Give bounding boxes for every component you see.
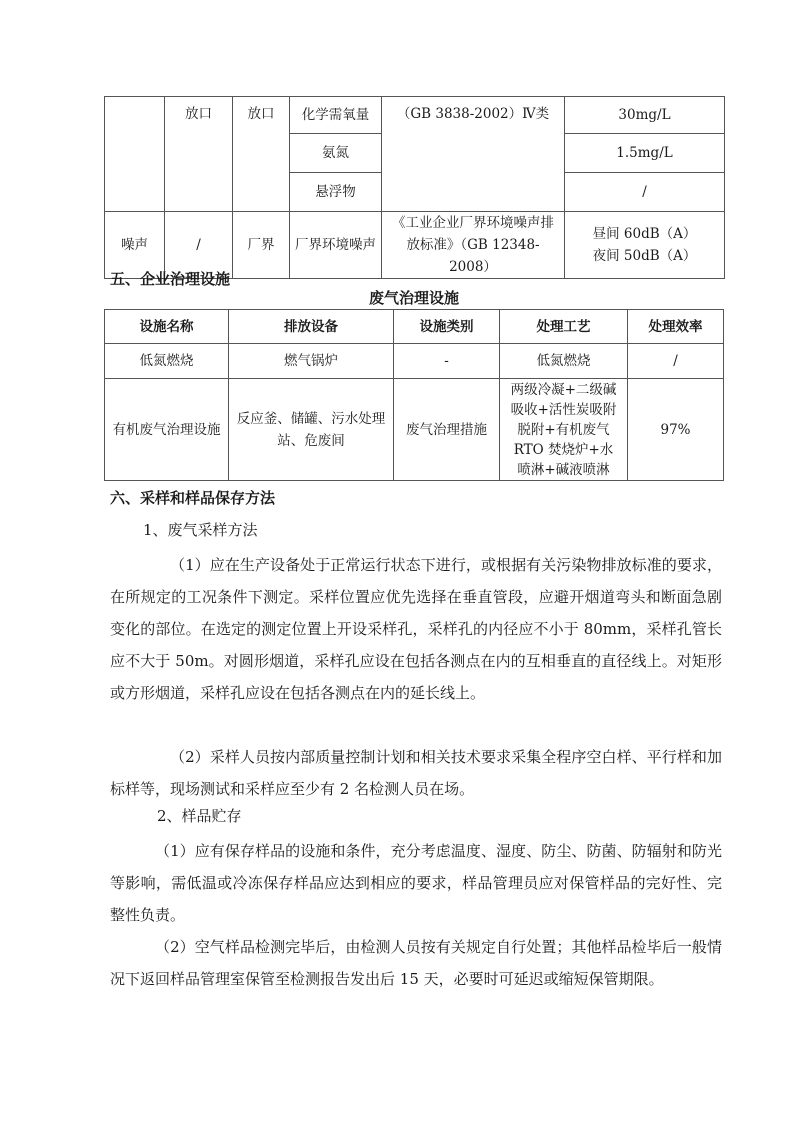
column-header: 设施类别 — [394, 310, 500, 344]
table-cell: 放口 — [233, 97, 290, 212]
table-cell — [105, 97, 165, 212]
paragraph: （2）采样人员按内部质量控制计划和相关技术要求采集全程序空白样、平行样和加标样等… — [110, 741, 722, 805]
table-cell: 30mg/L — [565, 97, 725, 134]
table-cell: （GB 3838-2002）Ⅳ类 — [382, 97, 565, 212]
table-cell: 燃气锅炉 — [229, 344, 394, 379]
column-header: 处理工艺 — [500, 310, 628, 344]
subsection-heading: 1、废气采样方法 — [143, 519, 258, 540]
table-row: 放口 放口 化学需氧量 （GB 3838-2002）Ⅳ类 30mg/L — [105, 97, 725, 134]
table-cell: 厂界 — [233, 212, 290, 279]
table-cell: 低氮燃烧 — [105, 344, 229, 379]
table-cell: 97% — [628, 379, 724, 481]
column-header: 排放设备 — [229, 310, 394, 344]
column-header: 设施名称 — [105, 310, 229, 344]
table-cell: 两级冷凝+二级碱吸收+活性炭吸附脱附+有机废气RTO 焚烧炉+水喷淋+碱液喷淋 — [500, 379, 628, 481]
section-heading: 五、企业治理设施 — [110, 268, 230, 289]
table-cell: - — [394, 344, 500, 379]
table-header-row: 设施名称 排放设备 设施类别 处理工艺 处理效率 — [105, 310, 724, 344]
subsection-heading: 2、样品贮存 — [157, 805, 242, 826]
table-cell: 废气治理措施 — [394, 379, 500, 481]
table-cell: 放口 — [165, 97, 233, 212]
day-limit: 昼间 60dB（A） — [569, 223, 720, 245]
table-cell: 《工业企业厂界环境噪声排放标准》（GB 12348-2008） — [382, 212, 565, 279]
paragraph: （2）空气样品检测完毕后，由检测人员按有关规定自行处置；其他样品检毕后一般情况下… — [110, 931, 722, 995]
table-row: 有机废气治理设施 反应釜、储罐、污水处理站、危废间 废气治理措施 两级冷凝+二级… — [105, 379, 724, 481]
table-cell: 低氮燃烧 — [500, 344, 628, 379]
table-cell: / — [565, 173, 725, 212]
night-limit: 夜间 50dB（A） — [569, 245, 720, 267]
table-cell: 化学需氧量 — [290, 97, 382, 134]
paragraph: （1）应在生产设备处于正常运行状态下进行，或根据有关污染物排放标准的要求，在所规… — [110, 549, 722, 709]
table-cell: 厂界环境噪声 — [290, 212, 382, 279]
table-cell: 昼间 60dB（A） 夜间 50dB（A） — [565, 212, 725, 279]
column-header: 处理效率 — [628, 310, 724, 344]
table-cell: 悬浮物 — [290, 173, 382, 212]
table-row: 低氮燃烧 燃气锅炉 - 低氮燃烧 / — [105, 344, 724, 379]
table-cell: 氨氮 — [290, 134, 382, 173]
table-cell: 反应釜、储罐、污水处理站、危废间 — [229, 379, 394, 481]
table-cell: / — [628, 344, 724, 379]
paragraph: （1）应有保存样品的设施和条件，充分考虑温度、湿度、防尘、防菌、防辐射和防光等影… — [110, 835, 722, 931]
section-heading: 六、采样和样品保存方法 — [110, 487, 275, 508]
table-cell: 1.5mg/L — [565, 134, 725, 173]
emission-standards-table: 放口 放口 化学需氧量 （GB 3838-2002）Ⅳ类 30mg/L 氨氮 1… — [104, 96, 725, 279]
table-caption: 废气治理设施 — [0, 287, 800, 308]
table-cell: 有机废气治理设施 — [105, 379, 229, 481]
waste-gas-facilities-table: 设施名称 排放设备 设施类别 处理工艺 处理效率 低氮燃烧 燃气锅炉 - 低氮燃… — [104, 309, 724, 481]
